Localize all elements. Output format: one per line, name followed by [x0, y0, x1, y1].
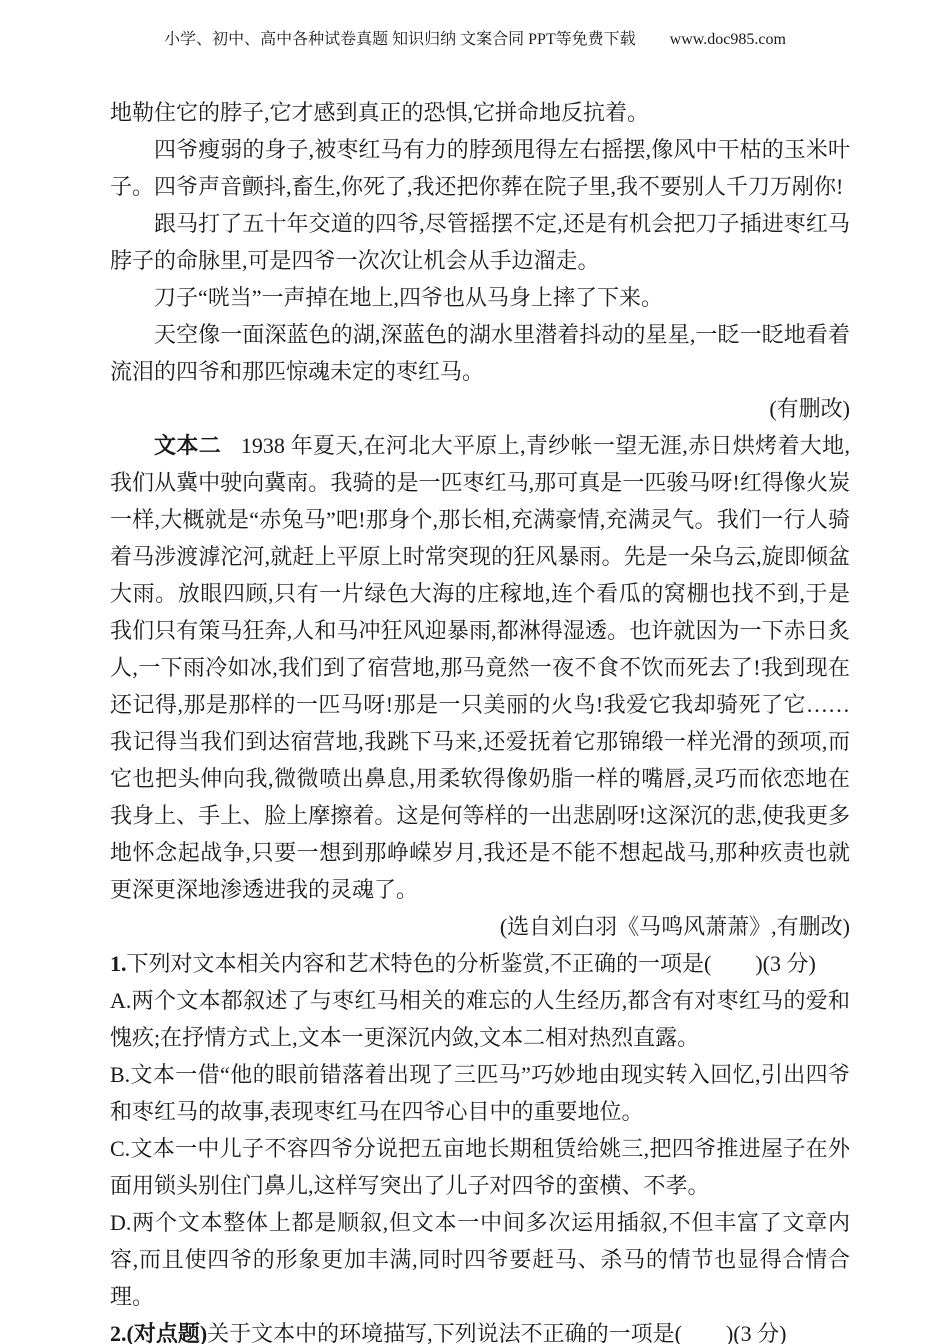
question-1-option-c: C.文本一中儿子不容四爷分说把五亩地长期租赁给姚三,把四爷推进屋子在外面用锁头别… [110, 1130, 850, 1204]
question-1-option-b: B.文本一借“他的眼前错落着出现了三匹马”巧妙地由现实转入回忆,引出四爷和枣红马… [110, 1056, 850, 1130]
question-1-number: 1. [110, 951, 127, 976]
exam-page-content: 地勒住它的脖子,它才感到真正的恐惧,它拼命地反抗着。 四爷瘦弱的身子,被枣红马有… [110, 94, 850, 1344]
question-1-stem: 1.下列对文本相关内容和艺术特色的分析鉴赏,不正确的一项是( )(3 分) [110, 945, 850, 982]
text1-paragraph: 刀子“咣当”一声掉在地上,四爷也从马身上摔了下来。 [110, 279, 850, 316]
site-header: 小学、初中、高中各种试卷真题 知识归纳 文案合同 PPT等免费下载 www.do… [0, 26, 950, 49]
text1-paragraph-continuation: 地勒住它的脖子,它才感到真正的恐惧,它拼命地反抗着。 [110, 94, 850, 131]
text1-edit-note: (有删改) [110, 390, 850, 427]
text1-paragraph: 天空像一面深蓝色的湖,深蓝色的湖水里潜着抖动的星星,一眨一眨地看着流泪的四爷和那… [110, 316, 850, 390]
question-1-text: 下列对文本相关内容和艺术特色的分析鉴赏,不正确的一项是( )(3 分) [127, 951, 816, 976]
question-1-option-d: D.两个文本整体上都是顺叙,但文本一中间多次运用插叙,不但丰富了文章内容,而且使… [110, 1204, 850, 1315]
question-2-text: 关于文本中的环境描写,下列说法不正确的一项是( )(3 分) [207, 1321, 786, 1344]
text2-source-note: (选自刘白羽《马鸣风萧萧》,有删改) [110, 908, 850, 945]
text1-paragraph: 跟马打了五十年交道的四爷,尽管摇摆不定,还是有机会把刀子插进枣红马脖子的命脉里,… [110, 205, 850, 279]
question-1-option-a: A.两个文本都叙述了与枣红马相关的难忘的人生经历,都含有对枣红马的爱和愧疚;在抒… [110, 982, 850, 1056]
text1-paragraph: 四爷瘦弱的身子,被枣红马有力的脖颈甩得左右摇摆,像风中干枯的玉米叶子。四爷声音颤… [110, 131, 850, 205]
site-header-tagline: 小学、初中、高中各种试卷真题 知识归纳 文案合同 PPT等免费下载 [164, 31, 636, 48]
site-url: www.doc985.com [670, 31, 786, 48]
question-2-stem: 2.(对点题)关于文本中的环境描写,下列说法不正确的一项是( )(3 分) [110, 1315, 850, 1344]
text2-label: 文本二 [154, 433, 221, 458]
text2-body: 1938 年夏天,在河北大平原上,青纱帐一望无涯,赤日烘烤着大地,我们从冀中驶向… [110, 433, 850, 902]
question-2-number: 2. [110, 1321, 127, 1344]
question-2-tag: (对点题) [127, 1321, 208, 1344]
text2-paragraph: 文本二1938 年夏天,在河北大平原上,青纱帐一望无涯,赤日烘烤着大地,我们从冀… [110, 427, 850, 908]
